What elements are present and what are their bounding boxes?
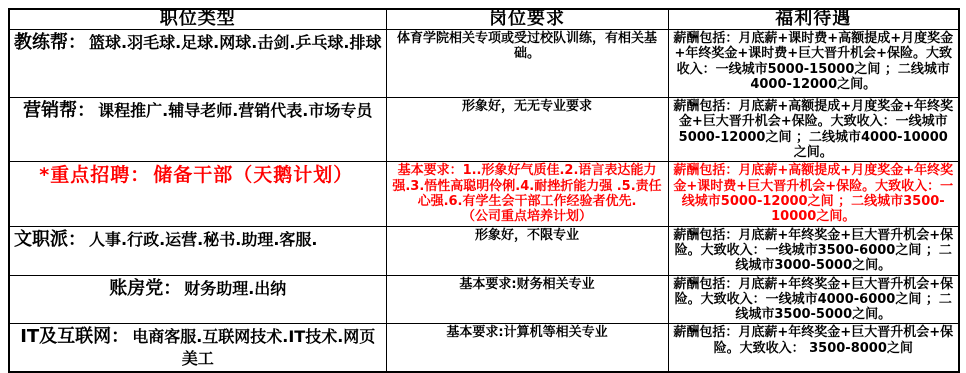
benefits-cell: 薪酬包括：月底薪+年终奖金+巨大晋升机会+保险。大致收入： 3500-8000之… [668, 324, 959, 372]
header-position-type: 职位类型 [9, 9, 386, 29]
table-row-it-internet: IT及互联网：电商客服.互联网技术.IT技术.网页美工 基本要求:计算机等相关专… [9, 324, 959, 372]
category-label: IT及互联网： [20, 326, 129, 347]
requirements-cell: 体育学院相关专项或受过校队训练，有相关基础。 [386, 29, 668, 97]
benefits-cell: 薪酬包括：月底薪+课时费+高额提成+月度奖金+年终奖金+课时费+巨大晋升机会+保… [668, 29, 959, 97]
table-row-clerical: 文职派：人事.行政.运营.秘书.助理.客服. 形象好，不限专业 薪酬包括：月底薪… [9, 226, 959, 275]
benefits-cell: 薪酬包括：月底薪+年终奖金+巨大晋升机会+保险。大致收入：一线城市3500-60… [668, 226, 959, 275]
category-label: 营销帮： [23, 100, 95, 121]
position-type-cell: 教练帮：篮球.羽毛球.足球.网球.击剑.乒乓球.排球 [9, 29, 386, 97]
requirements-cell: 形象好，不限专业 [386, 226, 668, 275]
positions-text: 课程推广.辅导老师.营销代表.市场专员 [98, 101, 372, 120]
position-type-cell: 文职派：人事.行政.运营.秘书.助理.客服. [9, 226, 386, 275]
category-label: 文职派： [14, 229, 86, 250]
position-type-cell: IT及互联网：电商客服.互联网技术.IT技术.网页美工 [9, 324, 386, 372]
table-row-key-recruit: *重点招聘：储备干部（天鹅计划） 基本要求：1..形象好气质佳.2.语言表达能力… [9, 162, 959, 226]
table-row-coach: 教练帮：篮球.羽毛球.足球.网球.击剑.乒乓球.排球 体育学院相关专项或受过校队… [9, 29, 959, 97]
position-type-cell: 营销帮：课程推广.辅导老师.营销代表.市场专员 [9, 97, 386, 161]
position-type-cell: *重点招聘：储备干部（天鹅计划） [9, 162, 386, 226]
recruitment-table: 职位类型 岗位要求 福利待遇 教练帮：篮球.羽毛球.足球.网球.击剑.乒乓球.排… [8, 8, 960, 373]
requirements-cell: 基本要求：1..形象好气质佳.2.语言表达能力强.3.悟性高聪明伶俐.4.耐挫折… [386, 162, 668, 226]
header-benefits: 福利待遇 [668, 9, 959, 29]
positions-text: 篮球.羽毛球.足球.网球.击剑.乒乓球.排球 [89, 33, 381, 52]
benefits-cell: 薪酬包括：月底薪+高额提成+月度奖金+年终奖金+课时费+巨大晋升机会+保险。大致… [668, 162, 959, 226]
table-row-finance: 账房党：财务助理.出纳 基本要求:财务相关专业 薪酬包括：月底薪+年终奖金+巨大… [9, 275, 959, 324]
positions-text: 人事.行政.运营.秘书.助理.客服. [89, 230, 317, 249]
category-label: 教练帮： [14, 32, 86, 53]
positions-text: 储备干部（天鹅计划） [153, 164, 353, 186]
category-label: 账房党： [109, 278, 181, 299]
table-row-marketing: 营销帮：课程推广.辅导老师.营销代表.市场专员 形象好，无无专业要求 薪酬包括：… [9, 97, 959, 161]
requirements-cell: 基本要求:财务相关专业 [386, 275, 668, 324]
category-label: *重点招聘： [39, 164, 150, 186]
requirements-cell: 形象好，无无专业要求 [386, 97, 668, 161]
benefits-cell: 薪酬包括：月底薪+年终奖金+巨大晋升机会+保险。大致收入：一线城市4000-60… [668, 275, 959, 324]
positions-text: 电商客服.互联网技术.IT技术.网页美工 [132, 327, 375, 367]
header-requirements: 岗位要求 [386, 9, 668, 29]
positions-text: 财务助理.出纳 [184, 279, 286, 298]
header-row: 职位类型 岗位要求 福利待遇 [9, 9, 959, 29]
position-type-cell: 账房党：财务助理.出纳 [9, 275, 386, 324]
benefits-cell: 薪酬包括：月底薪+高额提成+月度奖金+年终奖金+巨大晋升机会+保险。大致收入：一… [668, 97, 959, 161]
requirements-cell: 基本要求:计算机等相关专业 [386, 324, 668, 372]
